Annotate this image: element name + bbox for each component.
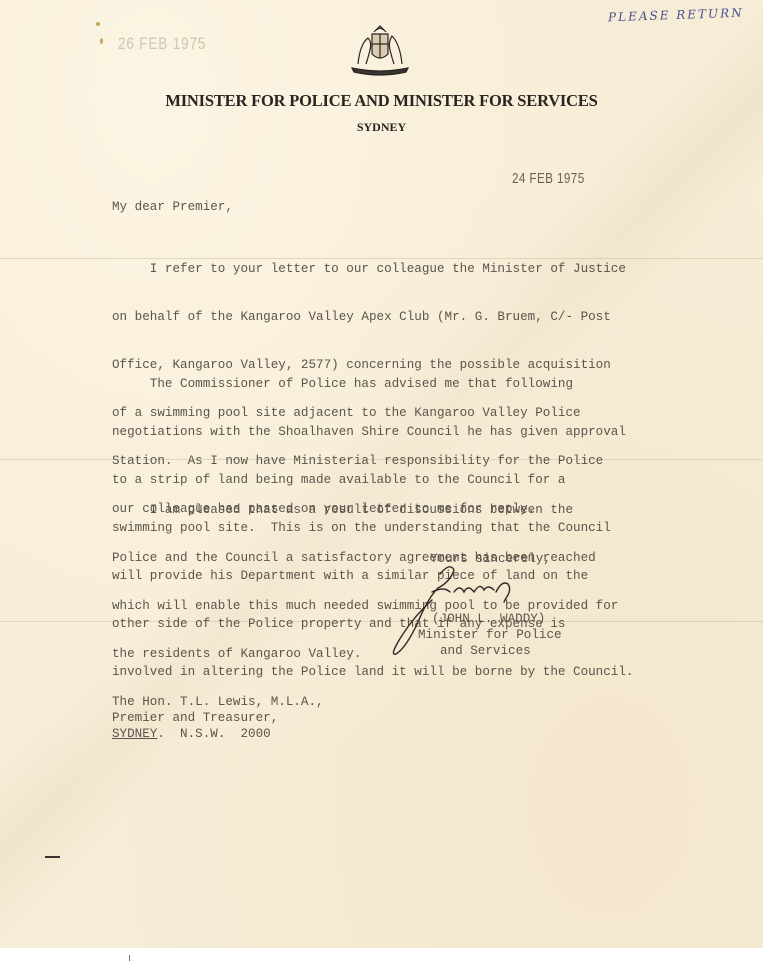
stain-spot [100,38,103,44]
signatory-name: (JOHN L. WADDY) [432,611,545,627]
signatory-title: and Services [440,643,531,659]
coat-of-arms-icon [344,24,416,76]
text-line: The Commissioner of Police has advised m… [112,376,633,392]
letter-page: PLEASE RETURN 26 FEB 1975 MINISTER FOR P… [0,0,763,948]
salutation: My dear Premier, [112,199,233,215]
letter-date: 24 FEB 1975 [512,170,585,187]
stain-spot [96,22,100,26]
received-date-stamp: 26 FEB 1975 [118,34,206,54]
addressee-city: SYDNEY. N.S.W. 2000 [112,726,271,742]
signatory-title: Minister for Police [418,627,562,643]
typed-dash-mark [45,856,60,858]
addressee-city-name: SYDNEY [112,727,157,741]
letterhead-title: MINISTER FOR POLICE AND MINISTER FOR SER… [0,91,763,111]
scan-artifact [129,955,130,961]
addressee-name: The Hon. T.L. Lewis, M.L.A., [112,694,324,710]
handwritten-note: PLEASE RETURN [608,6,744,25]
text-line: negotiations with the Shoalhaven Shire C… [112,424,633,440]
letterhead-city: SYDNEY [0,120,763,135]
text-line: on behalf of the Kangaroo Valley Apex Cl… [112,309,626,325]
text-line: I am pleased that as a result of discuss… [112,502,618,518]
text-line: I refer to your letter to our colleague … [112,261,626,277]
addressee-title: Premier and Treasurer, [112,710,278,726]
addressee-state-postcode: . N.S.W. 2000 [157,727,270,741]
